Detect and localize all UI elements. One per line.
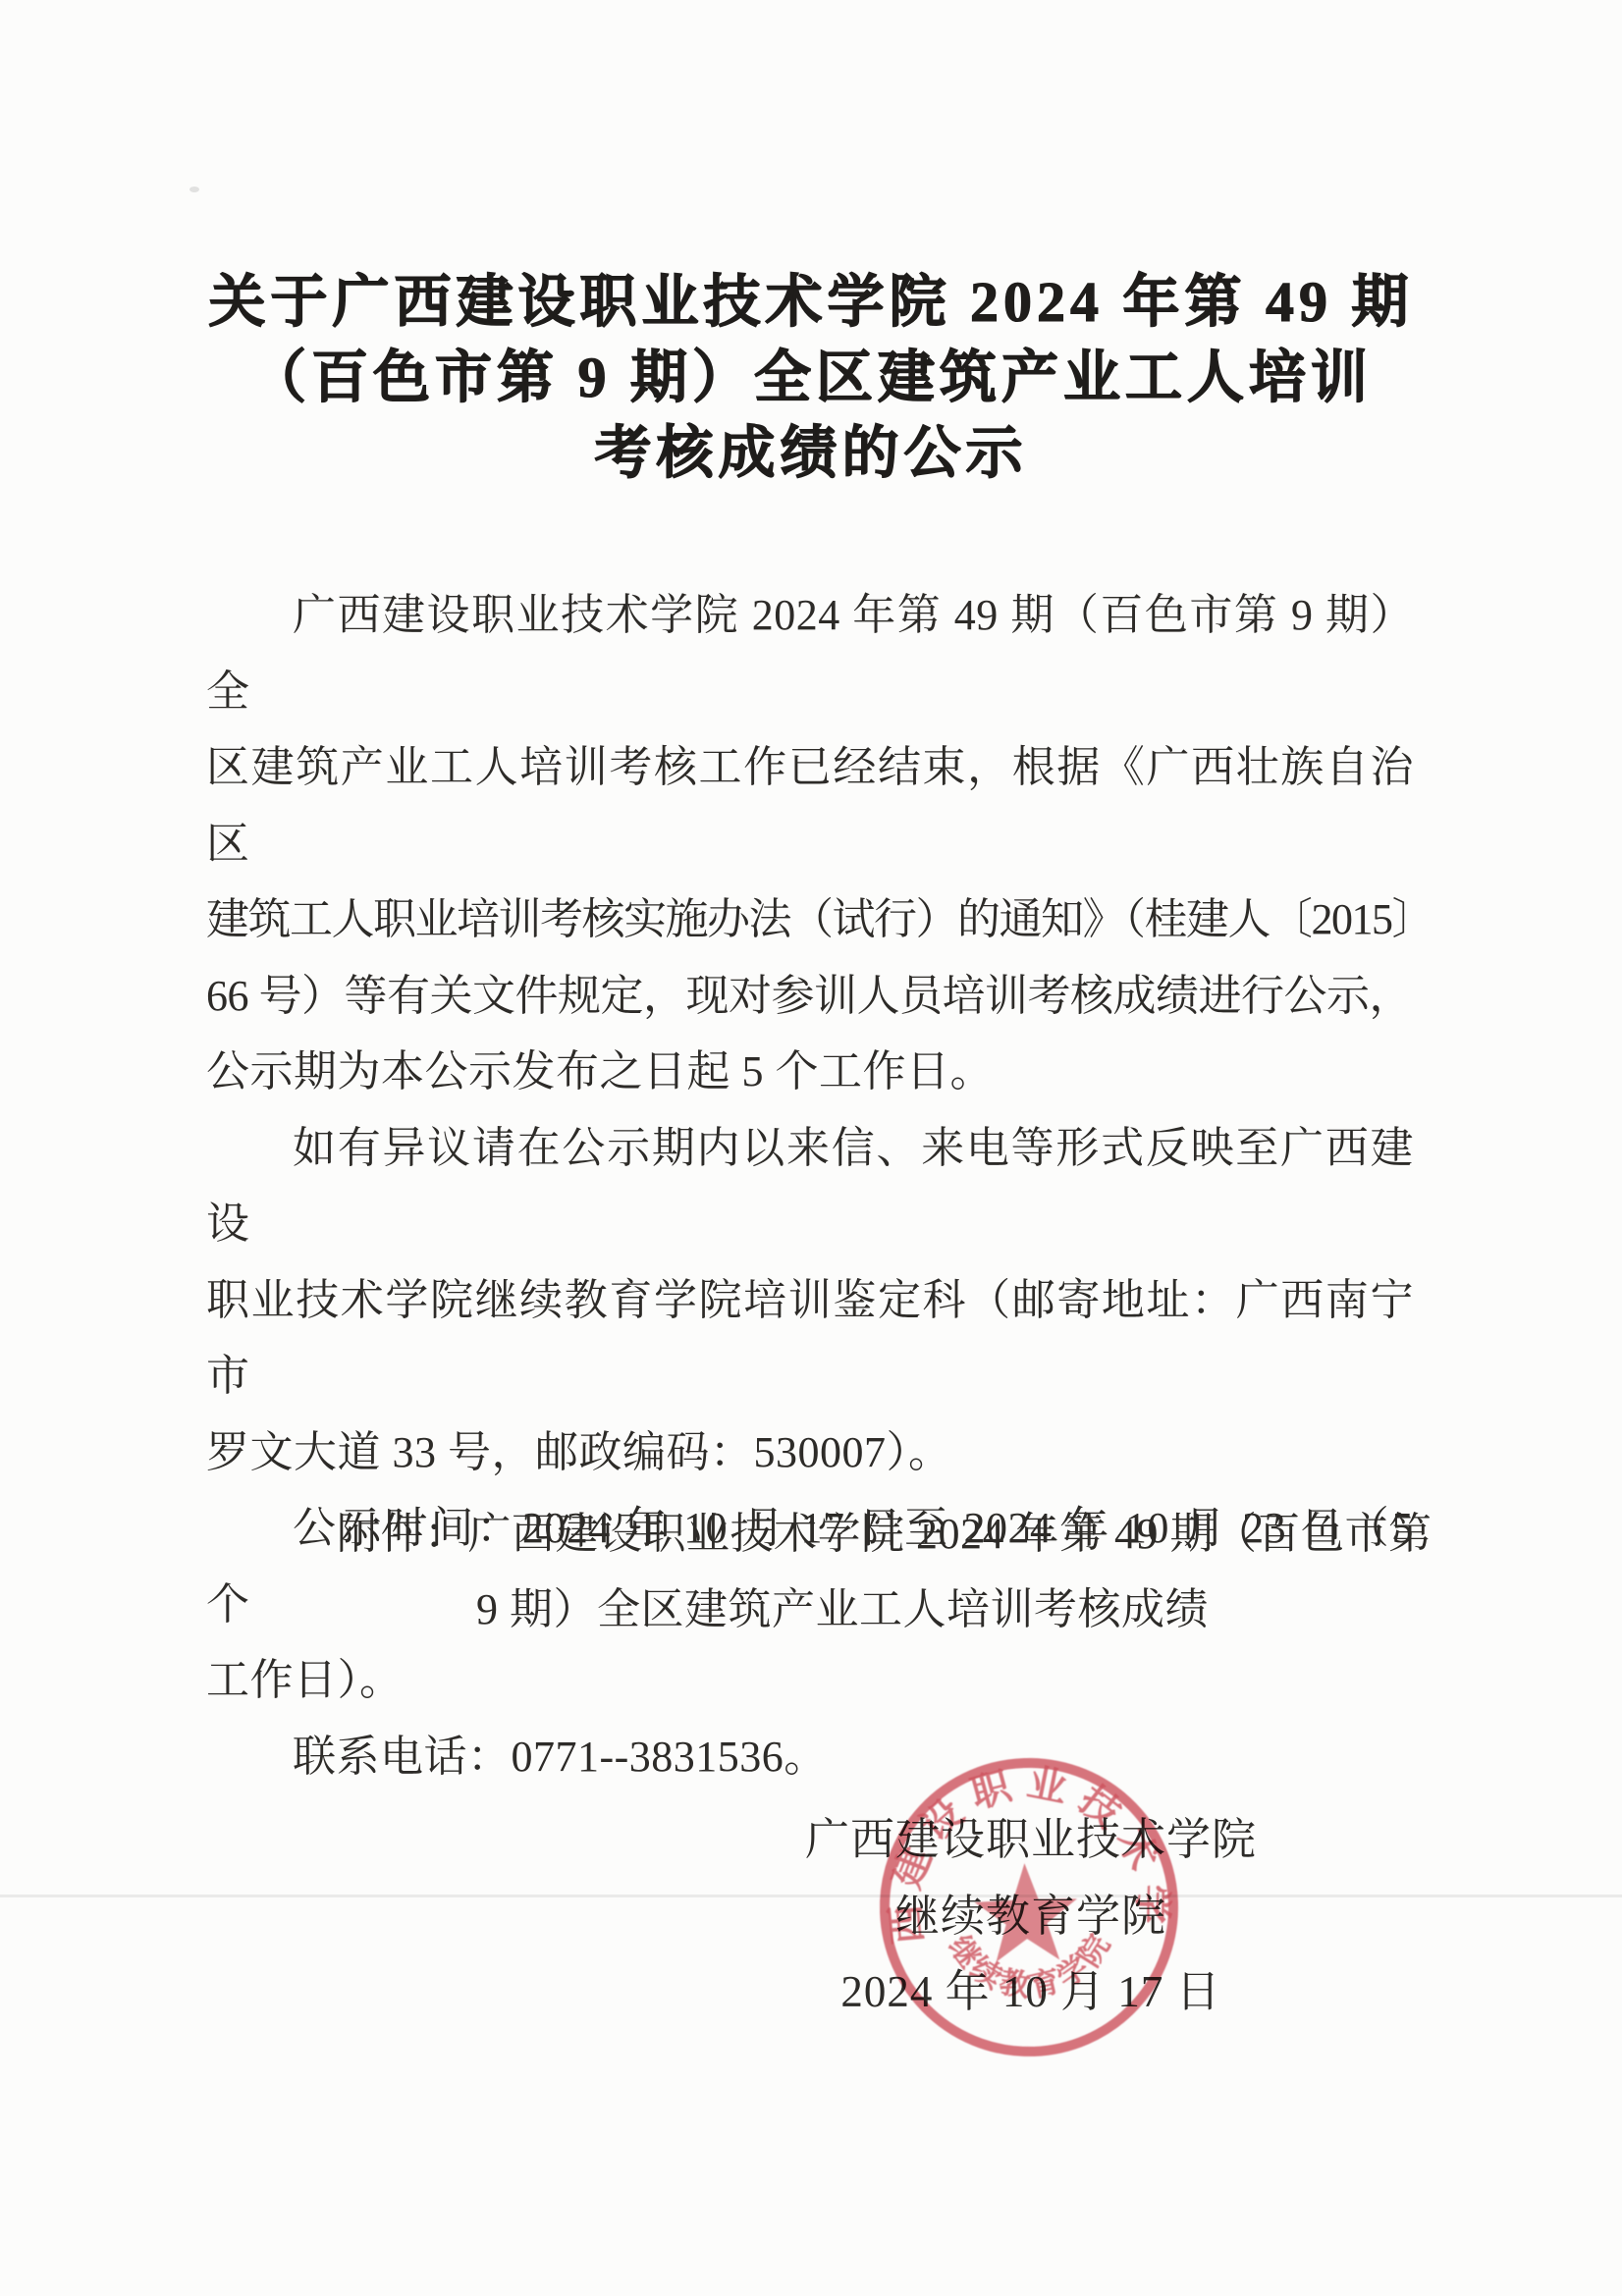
seal-graphic: 广西建设职业技术学院 继续教育学院 xyxy=(856,1735,1202,2080)
attachment-section: 附件：广西建设职业技术学院 2024 年第 49 期（百色市第 9 期）全区建筑… xyxy=(337,1496,1476,1647)
body-line: 职业技术学院继续教育学院培训鉴定科（邮寄地址：广西南宁市 xyxy=(206,1262,1414,1415)
attachment-line: 附件：广西建设职业技术学院 2024 年第 49 期（百色市第 xyxy=(337,1496,1476,1572)
attachment-line: 9 期）全区建筑产业工人培训考核成绩 xyxy=(476,1572,1476,1647)
body-line: 广西建设职业技术学院 2024 年第 49 期（百色市第 9 期）全 xyxy=(206,577,1414,729)
body-line: 工作日）。 xyxy=(206,1642,1414,1719)
document-page: 关于广西建设职业技术学院 2024 年第 49 期 （百色市第 9 期）全区建筑… xyxy=(0,0,1622,2296)
body-line: 建筑工人职业培训考核实施办法（试行）的通知》（桂建人〔2015〕 xyxy=(206,881,1414,958)
scan-artifact-dot xyxy=(189,187,199,192)
body-line: 罗文大道 33 号，邮政编码：530007）。 xyxy=(206,1415,1414,1491)
title-line: 考核成绩的公示 xyxy=(0,415,1622,491)
body-line: 公示期为本公示发布之日起 5 个工作日。 xyxy=(206,1034,1414,1110)
seal-star-icon xyxy=(973,1861,1079,1962)
title-line: （百色市第 9 期）全区建筑产业工人培训 xyxy=(0,340,1622,415)
body-line: 区建筑产业工人培训考核工作已经结束，根据《广西壮族自治区 xyxy=(206,729,1414,881)
body-line: 如有异议请在公示期内以来信、来电等形式反映至广西建设 xyxy=(206,1110,1414,1262)
notice-title: 关于广西建设职业技术学院 2024 年第 49 期 （百色市第 9 期）全区建筑… xyxy=(0,264,1622,491)
official-seal: 广西建设职业技术学院 继续教育学院 xyxy=(856,1735,1202,2080)
body-line: 66 号）等有关文件规定，现对参训人员培训考核成绩进行公示， xyxy=(206,958,1414,1035)
body-line: 联系电话：0771--3831536。 xyxy=(206,1719,1414,1795)
title-line: 关于广西建设职业技术学院 2024 年第 49 期 xyxy=(0,264,1622,340)
